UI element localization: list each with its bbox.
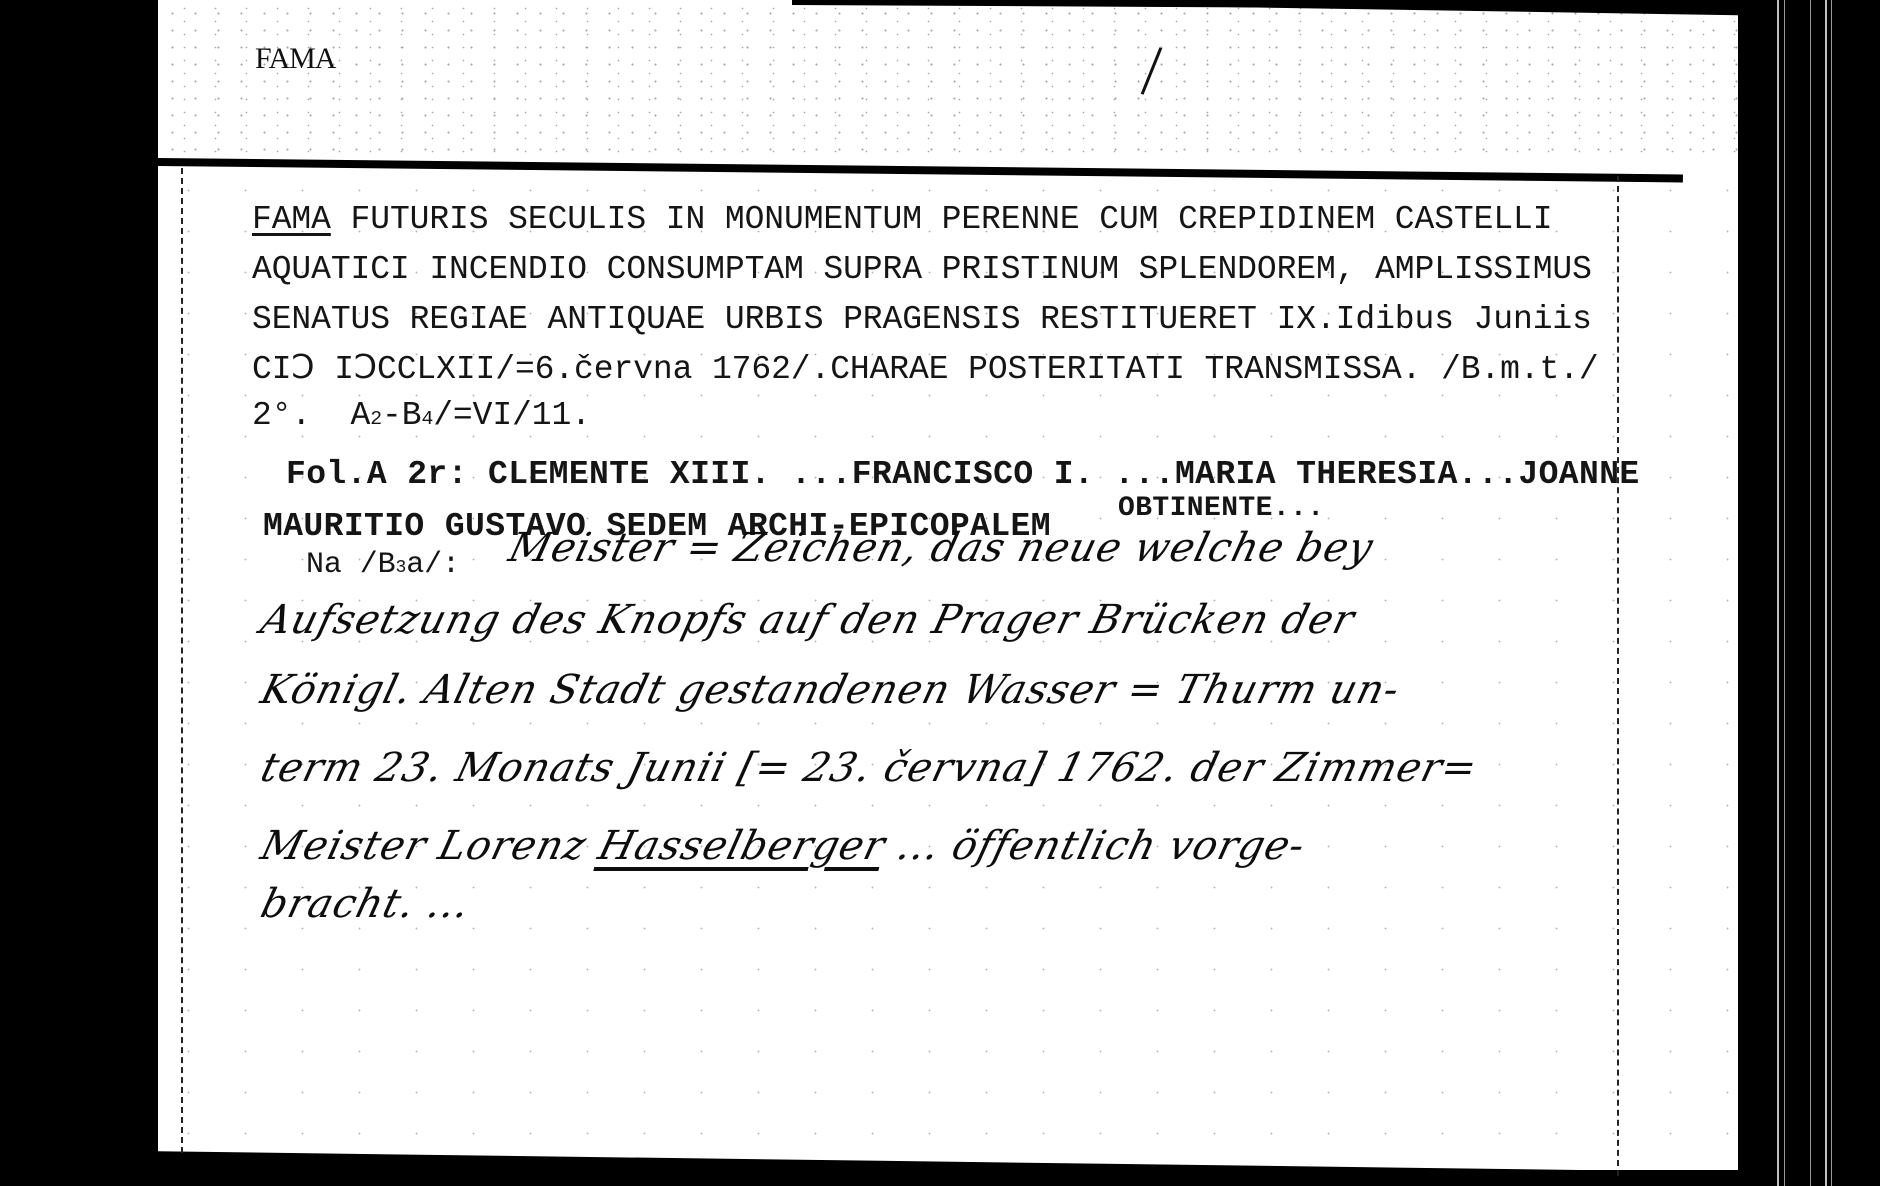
collation-sup-1: 2 — [370, 408, 382, 430]
handwritten-line-3: Königl. Alten Stadt gestandenen Wasser =… — [257, 670, 1404, 710]
title-heading-word: FAMA — [252, 201, 331, 238]
contents-line-3: OBTINENTE... — [1118, 495, 1324, 523]
scan-artifact-line — [1777, 0, 1779, 1186]
handwritten-line-1: Meister = Zeichen, das neue welche bey — [505, 528, 1377, 568]
handwritten-line-2: Aufsetzung des Knopfs auf den Prager Brü… — [257, 600, 1359, 640]
right-margin-line — [1617, 176, 1619, 1176]
title-line-3: SENATUS REGIAE ANTIQUAE URBIS PRAGENSIS … — [252, 303, 1592, 336]
collation-mid: -B — [382, 397, 421, 434]
collation-sup-2: 4 — [421, 408, 433, 430]
handwritten-line-6: bracht. ... — [257, 884, 474, 924]
scan-artifact-line — [1825, 0, 1827, 1186]
title-line-4: CIↃ IↃCCLXII/=6.června 1762/.CHARAE POST… — [252, 353, 1599, 386]
scan-artifact-line — [1831, 0, 1832, 1186]
contents-line-1: Fol.A 2r: CLEMENTE XIII. ...FRANCISCO I.… — [286, 458, 1640, 491]
left-margin-line — [181, 168, 183, 1153]
card-tab-label: FAMA — [255, 42, 335, 76]
note-label-sub: 3 — [396, 558, 407, 578]
collation-line: 2°. A2-B4/=VI/11. — [252, 399, 591, 432]
handwritten-line-5-post: ... öffentlich vorge- — [879, 823, 1310, 869]
scan-noise-top — [158, 0, 1738, 160]
handwritten-line-4: term 23. Monats Junii [= 23. června] 176… — [257, 748, 1482, 788]
title-line-1-text: FUTURIS SECULIS IN MONUMENTUM PERENNE CU… — [331, 201, 1553, 238]
note-label: Na /B3a/: — [306, 550, 460, 580]
scan-artifact-line — [1810, 0, 1811, 1186]
note-label-post: a/: — [406, 548, 460, 582]
collation-leaves: /=VI/11. — [433, 397, 591, 434]
handwritten-underlined-name: Hasselberger — [594, 823, 891, 869]
handwritten-line-5-pre: Meister Lorenz — [256, 823, 605, 869]
title-line-2: AQUATICI INCENDIO CONSUMPTAM SUPRA PRIST… — [252, 253, 1592, 286]
title-line-1: FAMA FUTURIS SECULIS IN MONUMENTUM PEREN… — [252, 203, 1552, 236]
scan-artifact-line — [1784, 0, 1785, 1186]
note-label-pre: Na /B — [306, 548, 396, 582]
handwritten-line-5: Meister Lorenz Hasselberger ... öffentli… — [257, 826, 1309, 866]
collation-format: 2°. A — [252, 397, 370, 434]
